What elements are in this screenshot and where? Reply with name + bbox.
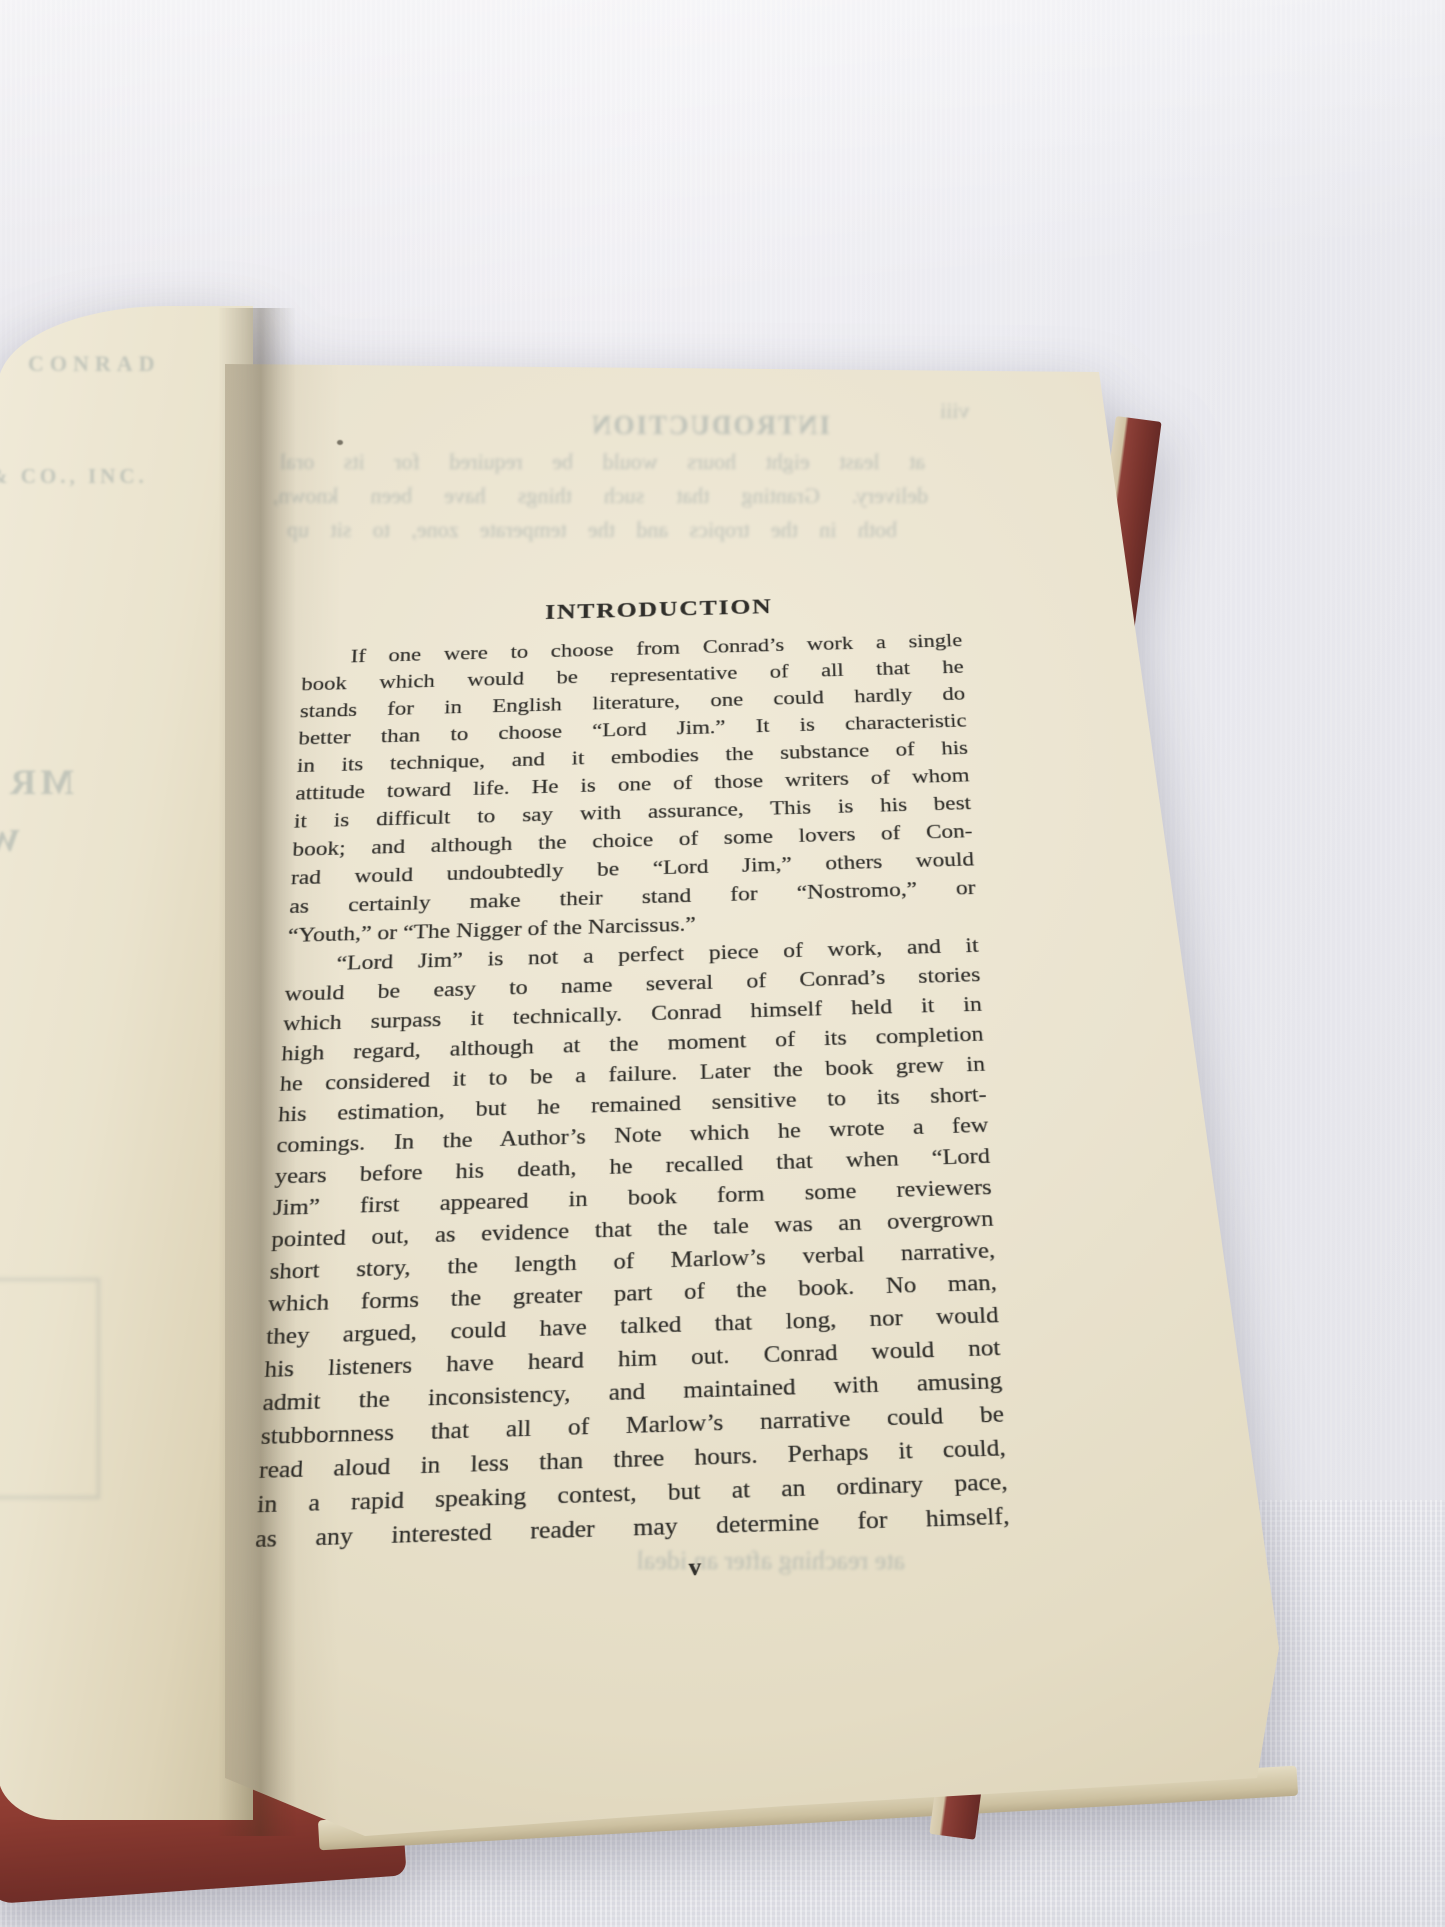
printed-text-block: INTRODUCTION If one were to choose from … (252, 586, 1012, 1595)
book-page: INTRODUCTION at least eight hours would … (225, 348, 1315, 1860)
page-top-edge-line (227, 356, 1105, 367)
showthrough-title-fragment-2: W (0, 822, 20, 859)
open-book: CONRAD & CO., INC. MR W INTRODUCTION at … (0, 248, 1340, 1923)
showthrough-line: at least eight hours would be required f… (280, 449, 925, 475)
ink-speck (337, 440, 343, 445)
showthrough-line: both in the tropics and the temperate zo… (287, 517, 897, 543)
showthrough-line: delivery. Granting that such things have… (273, 483, 928, 509)
chapter-heading: INTRODUCTION (330, 586, 987, 634)
showthrough-verso-heading: INTRODUCTION (590, 410, 830, 441)
showthrough-verso-page-number: viii (940, 398, 969, 424)
showthrough-title-fragment: MR (6, 761, 74, 803)
left-page-edge: CONRAD & CO., INC. MR W (0, 306, 253, 1820)
showthrough-publisher-text: & CO., INC. (0, 464, 148, 489)
showthrough-author-text: CONRAD (28, 351, 161, 377)
showthrough-box-outline (0, 1278, 100, 1499)
